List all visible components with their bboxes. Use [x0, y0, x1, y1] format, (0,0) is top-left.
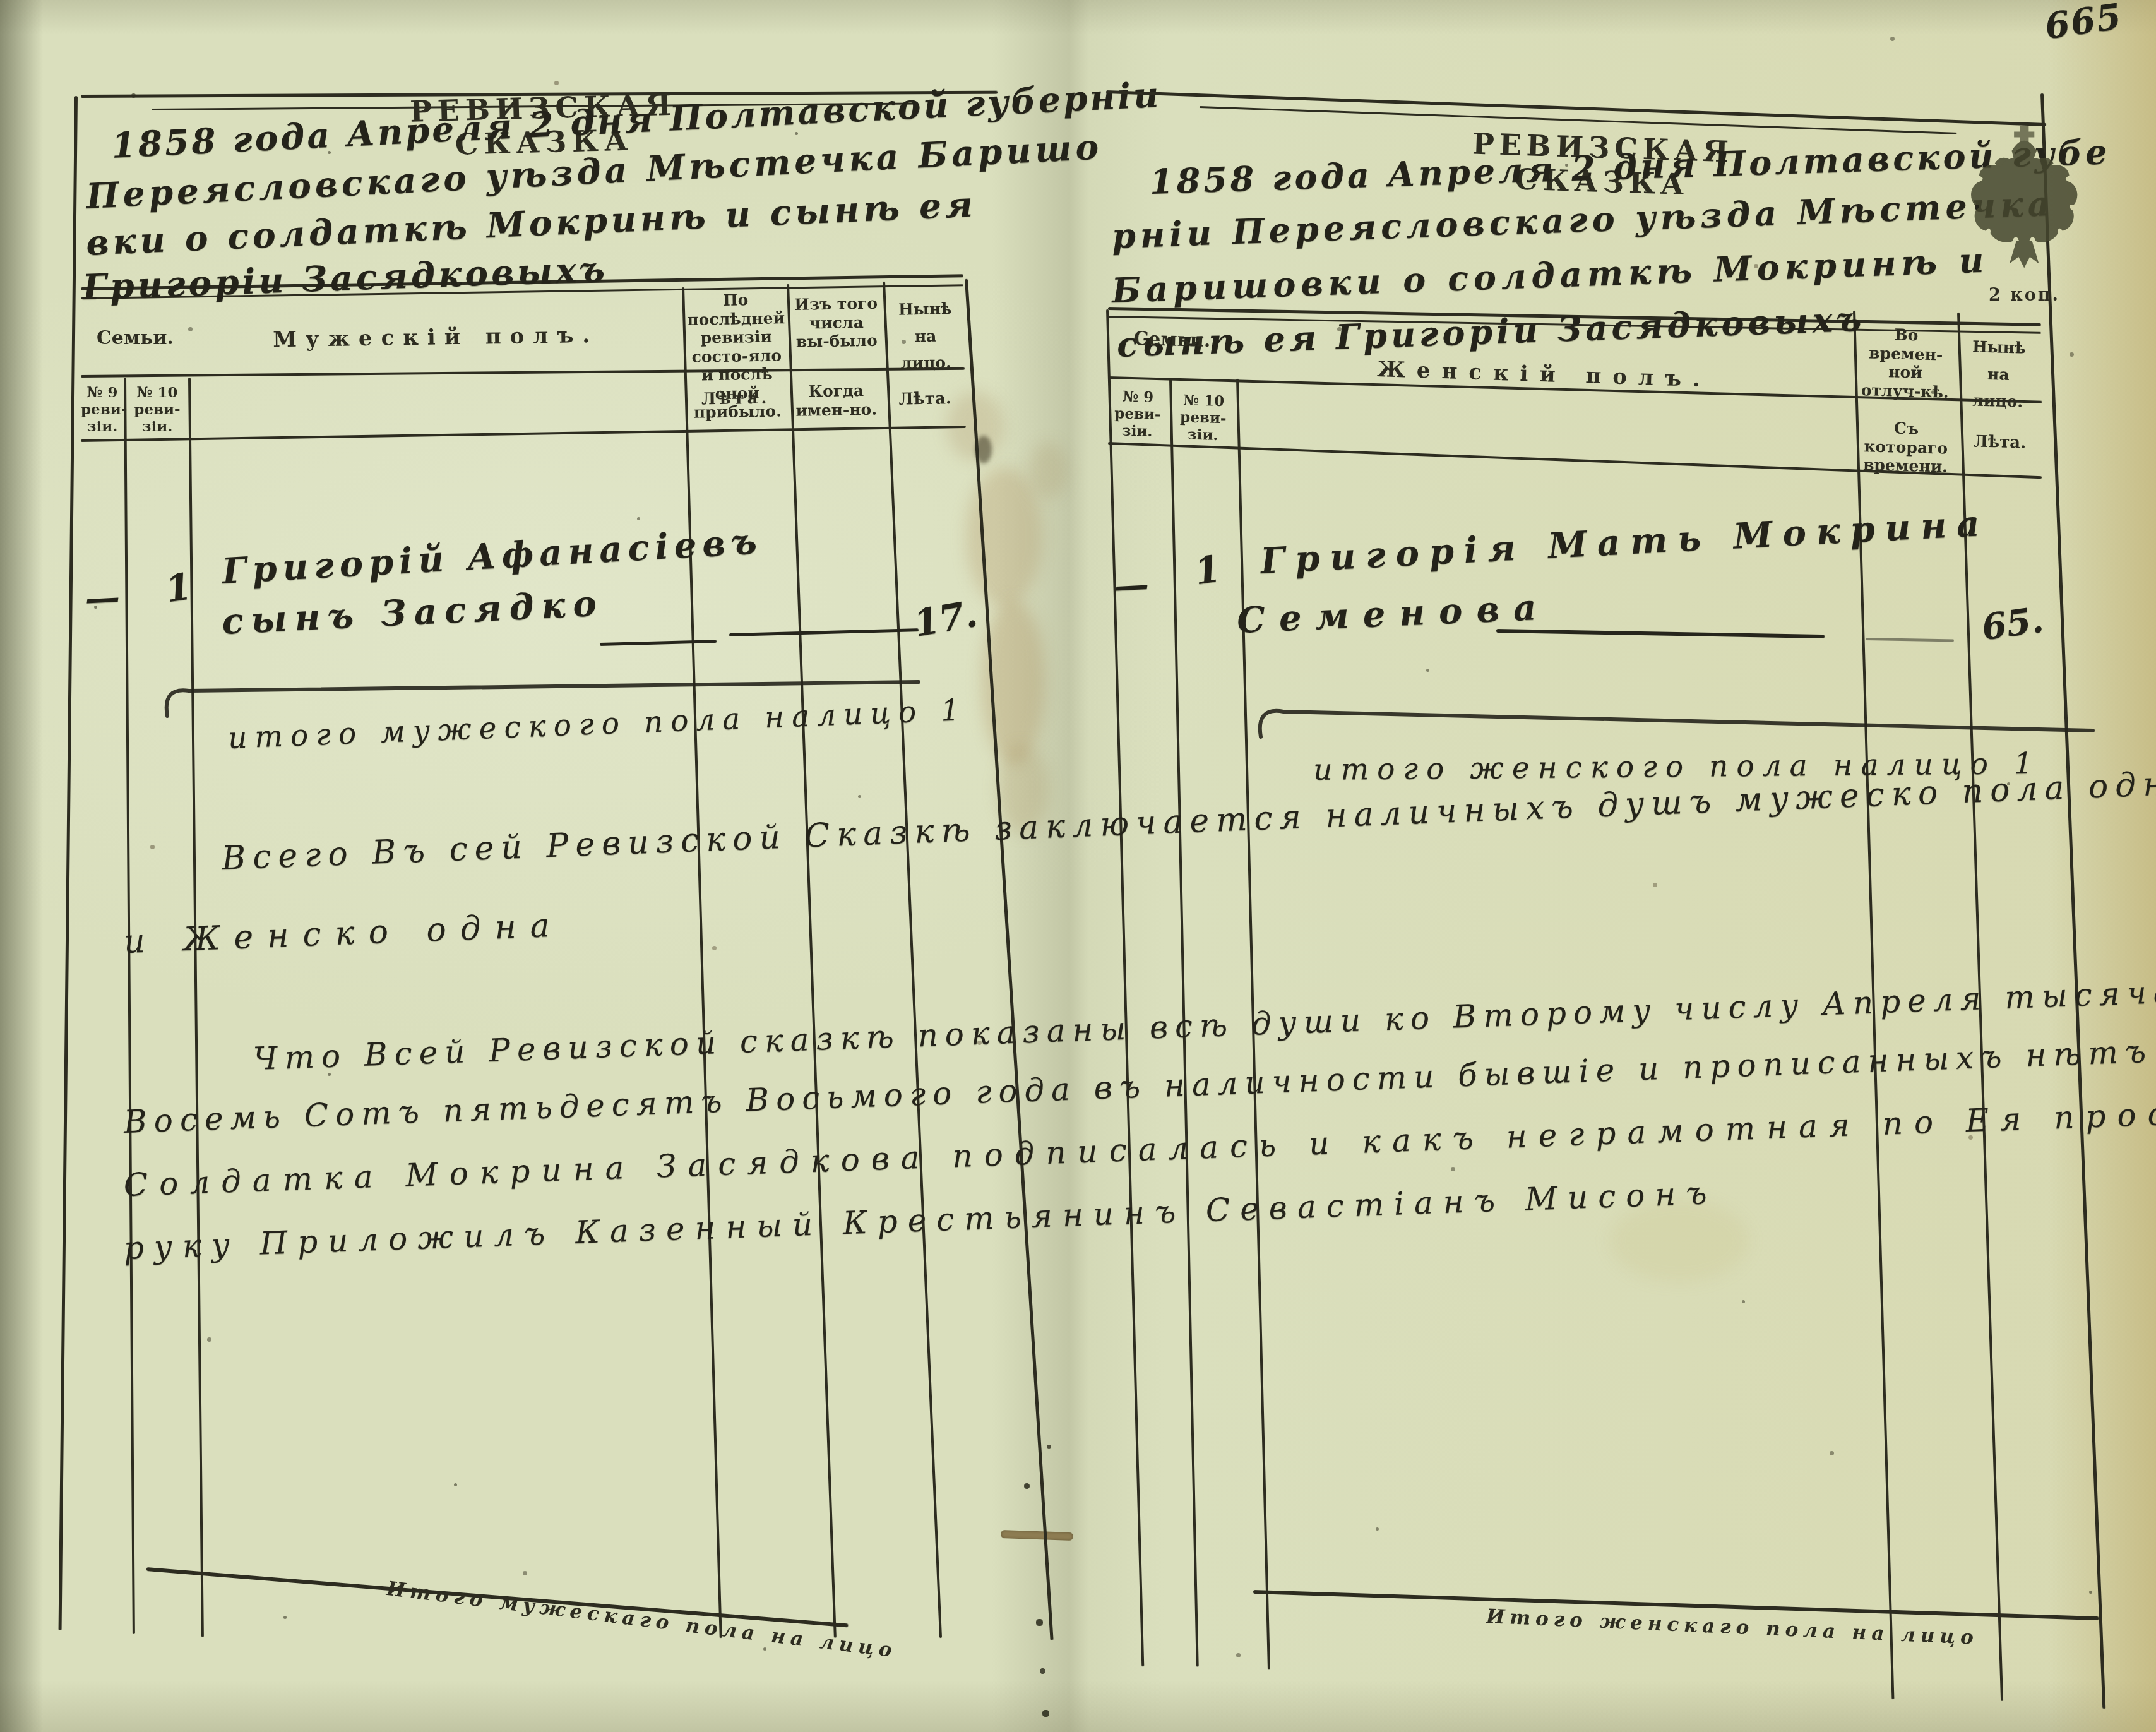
table-line [787, 284, 837, 1638]
revision-list-document: 665 РЕВИЗСКАЯ СКАЗКА 1858 года Апреля 2 … [0, 0, 2156, 1732]
left-footer-total-male: Итого мужескаго пола на лицо [386, 1577, 898, 1663]
subheader-years-last: Лѣта. [686, 388, 786, 409]
certification-line: и Женско одна [123, 906, 564, 961]
page-border-right [2040, 93, 2105, 1709]
entry-rev10-number: 1 [163, 564, 194, 611]
entry-rev10-number: 1 [1192, 547, 1223, 593]
column-header-now-present: Нынѣ на лицо. [886, 296, 965, 378]
ditto-dash [1866, 638, 1954, 642]
column-header-revision10: № 10 реви-зіи. [1172, 391, 1235, 445]
entry-rev9-mark: — [1113, 563, 1150, 606]
summary-flourish [1253, 698, 2105, 748]
column-header-family: Семьи. [82, 327, 188, 349]
table-line [81, 367, 965, 378]
entry-rev9-mark: — [84, 576, 121, 619]
binding-stitch [1001, 1530, 1073, 1541]
certification-line: Всего Въ сей Ревизской Сказкѣ заключаетс… [221, 764, 2156, 878]
table-line [1106, 309, 1144, 1666]
fold-stain [1029, 442, 1067, 499]
paper-speckles [0, 0, 2, 2]
entry-name-line: Семенова [1236, 586, 1551, 642]
subheader-since-when: Съ котораго времени. [1856, 418, 1956, 477]
imperial-eagle-stamp-icon [1962, 124, 2088, 282]
ditto-dash [1496, 629, 1825, 638]
table-line [682, 287, 722, 1638]
column-header-now-present: Нынѣ на лицо. [1959, 333, 2038, 416]
ditto-dash [729, 628, 919, 636]
column-header-male-sex: Мужескій полъ. [189, 321, 682, 354]
column-header-revision9: № 9 реви-зіи. [81, 384, 124, 435]
subheader-when-exactly: Когда имен-но. [790, 381, 882, 420]
entry-name-line: сынъ Засядко [221, 582, 605, 643]
page-number: 665 [2042, 0, 2125, 47]
ditto-dash [600, 640, 717, 646]
table-line [883, 282, 942, 1638]
table-line [81, 426, 966, 442]
page-border-left [59, 96, 78, 1630]
entry-age-now: 65. [1979, 599, 2046, 648]
column-header-temporary-absence: Во времен-ной отлуч-кѣ. [1855, 325, 1956, 402]
subheader-years-now: Лѣта. [886, 389, 964, 410]
column-header-family: Семьи. [1109, 327, 1235, 353]
entry-name-line: Григорій Афанасіевъ [221, 520, 763, 592]
subheader-years-now: Лѣта. [1962, 432, 2038, 453]
column-header-revision9: № 9 реви-зіи. [1107, 388, 1168, 441]
column-header-revision10: № 10 реви-зіи. [128, 384, 187, 435]
table-line [124, 378, 135, 1634]
stamp-denomination: 2 коп. [1989, 285, 2060, 306]
table-line [188, 378, 204, 1637]
entry-name-line: Григорія Мать Мокрина [1260, 502, 1991, 582]
entry-age-now: 17. [910, 592, 980, 645]
column-header-departed: Изъ того числа вы-было [790, 294, 883, 351]
